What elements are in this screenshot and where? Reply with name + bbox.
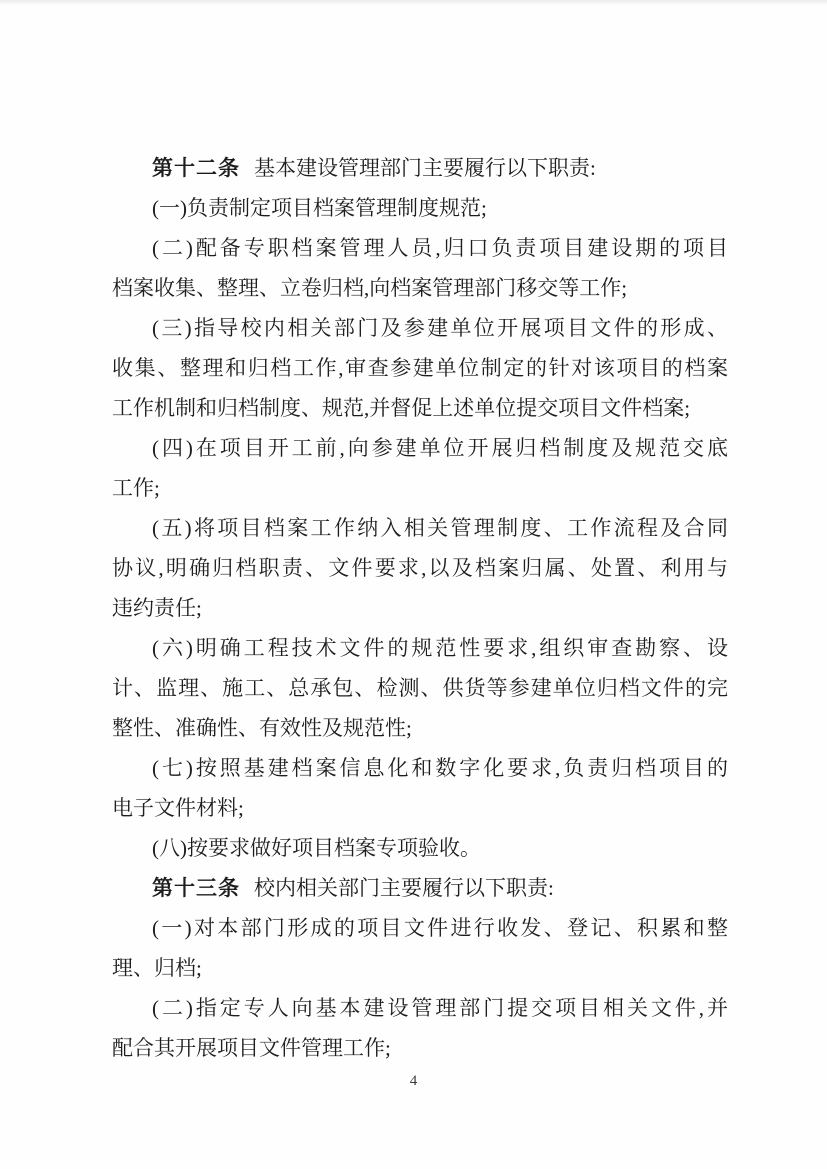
text-line: 收集、整理和归档工作,审查参建单位制定的针对该项目的档案 — [112, 348, 728, 388]
text-line: (四)在项目开工前,向参建单位开展归档制度及规范交底 — [112, 428, 728, 468]
text-line: 工作机制和归档制度、规范,并督促上述单位提交项目文件档案; — [112, 388, 728, 428]
text-line: 电子文件材料; — [112, 788, 728, 828]
text-line: (八)按要求做好项目档案专项验收。 — [112, 828, 728, 868]
text-line: 档案收集、整理、立卷归档,向档案管理部门移交等工作; — [112, 268, 728, 308]
page-footer: 4 — [0, 1072, 827, 1090]
text-line: 工作; — [112, 468, 728, 508]
article-number: 第十三条 — [152, 877, 240, 900]
text-line: 配合其开展项目文件管理工作; — [112, 1028, 728, 1068]
text-line: 第十三条校内相关部门主要履行以下职责: — [112, 868, 728, 908]
document-body: 第十二条基本建设管理部门主要履行以下职责:(一)负责制定项目档案管理制度规范;(… — [112, 148, 728, 1068]
text-line: (二)指定专人向基本建设管理部门提交项目相关文件,并 — [112, 988, 728, 1028]
document-page: 第十二条基本建设管理部门主要履行以下职责:(一)负责制定项目档案管理制度规范;(… — [0, 0, 827, 1169]
text-line: (一)负责制定项目档案管理制度规范; — [112, 188, 728, 228]
text-line: 第十二条基本建设管理部门主要履行以下职责: — [112, 148, 728, 188]
text-line: (七)按照基建档案信息化和数字化要求,负责归档项目的 — [112, 748, 728, 788]
page-number: 4 — [410, 1073, 418, 1089]
text-line: 违约责任; — [112, 588, 728, 628]
article-number: 第十二条 — [152, 157, 240, 180]
text-line: 理、归档; — [112, 948, 728, 988]
text-line: 协议,明确归档职责、文件要求,以及档案归属、处置、利用与 — [112, 548, 728, 588]
text-line: (三)指导校内相关部门及参建单位开展项目文件的形成、 — [112, 308, 728, 348]
text-line: 计、监理、施工、总承包、检测、供货等参建单位归档文件的完 — [112, 668, 728, 708]
text-line: (五)将项目档案工作纳入相关管理制度、工作流程及合同 — [112, 508, 728, 548]
text-line: (六)明确工程技术文件的规范性要求,组织审查勘察、设 — [112, 628, 728, 668]
text-line: (二)配备专职档案管理人员,归口负责项目建设期的项目 — [112, 228, 728, 268]
scan-edge-artifact — [0, 0, 827, 5]
text-line: (一)对本部门形成的项目文件进行收发、登记、积累和整 — [112, 908, 728, 948]
text-line: 整性、准确性、有效性及规范性; — [112, 708, 728, 748]
